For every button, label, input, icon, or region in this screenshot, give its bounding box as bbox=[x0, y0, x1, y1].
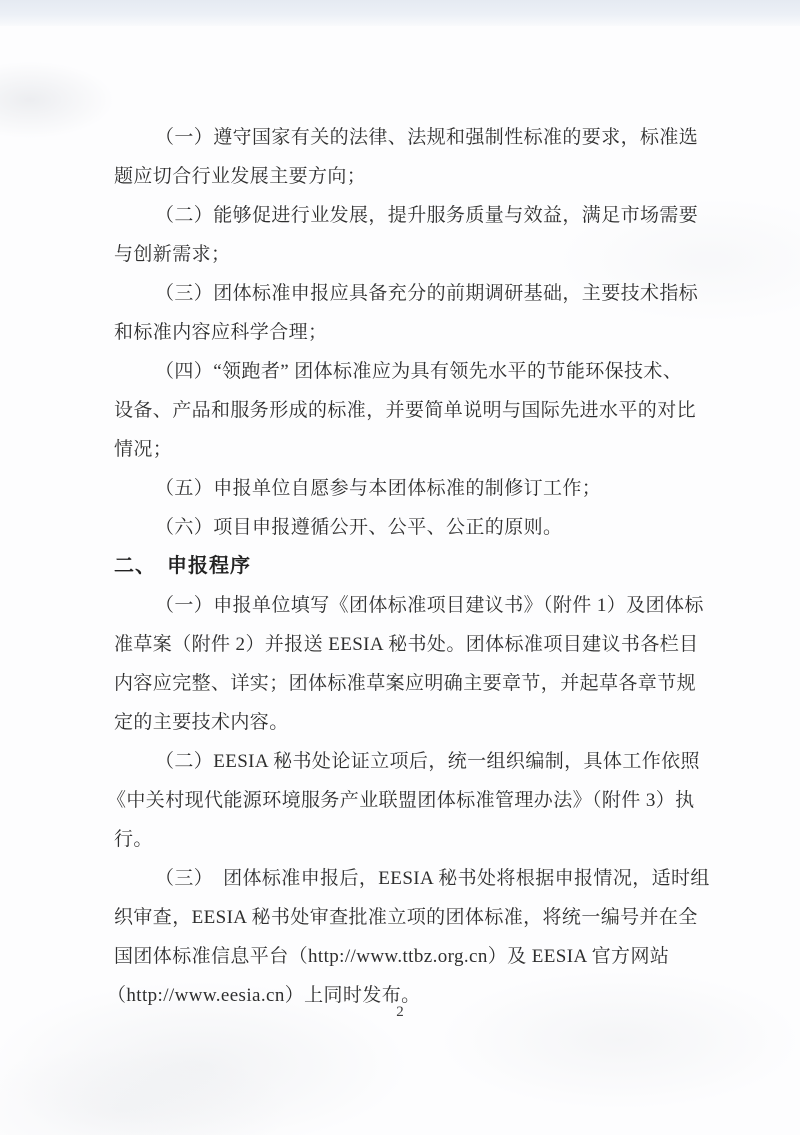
text-line: 行。 bbox=[114, 820, 724, 859]
scan-edge-artifact bbox=[0, 0, 800, 26]
text-line: 与创新需求； bbox=[114, 235, 724, 274]
text-line: 国团体标准信息平台（http://www.ttbz.org.cn）及 EESIA… bbox=[114, 937, 724, 976]
text-line: （三）团体标准申报应具备充分的前期调研基础，主要技术指标 bbox=[114, 274, 724, 313]
document-page: （一）遵守国家有关的法律、法规和强制性标准的要求，标准选题应切合行业发展主要方向… bbox=[0, 0, 800, 1135]
text-line: （六）项目申报遵循公开、公平、公正的原则。 bbox=[114, 508, 724, 547]
page-number: 2 bbox=[0, 1000, 800, 1024]
text-line: （二）能够促进行业发展，提升服务质量与效益，满足市场需要 bbox=[114, 196, 724, 235]
text-line: 题应切合行业发展主要方向； bbox=[114, 157, 724, 196]
text-line: （二）EESIA 秘书处论证立项后，统一组织编制，具体工作依照 bbox=[114, 742, 724, 781]
text-line: （一）遵守国家有关的法律、法规和强制性标准的要求，标准选 bbox=[114, 118, 724, 157]
text-line: 织审查，EESIA 秘书处审查批准立项的团体标准，将统一编号并在全 bbox=[114, 898, 724, 937]
text-line: 和标准内容应科学合理； bbox=[114, 313, 724, 352]
text-line: 内容应完整、详实；团体标准草案应明确主要章节，并起草各章节规 bbox=[114, 664, 724, 703]
text-line: （五）申报单位自愿参与本团体标准的制修订工作； bbox=[114, 469, 724, 508]
text-line: 定的主要技术内容。 bbox=[114, 703, 724, 742]
text-line: 《中关村现代能源环境服务产业联盟团体标准管理办法》（附件 3）执 bbox=[107, 781, 724, 820]
document-body: （一）遵守国家有关的法律、法规和强制性标准的要求，标准选题应切合行业发展主要方向… bbox=[114, 118, 724, 1015]
text-line: 情况； bbox=[114, 430, 724, 469]
text-line: （四）“领跑者” 团体标准应为具有领先水平的节能环保技术、 bbox=[114, 352, 724, 391]
text-line: 准草案（附件 2）并报送 EESIA 秘书处。团体标准项目建议书各栏目 bbox=[114, 625, 724, 664]
text-line: （一）申报单位填写《团体标准项目建议书》（附件 1）及团体标 bbox=[114, 586, 724, 625]
text-line: 设备、产品和服务形成的标准，并要简单说明与国际先进水平的对比 bbox=[114, 391, 724, 430]
text-line: （三） 团体标准申报后，EESIA 秘书处将根据申报情况，适时组 bbox=[114, 859, 724, 898]
section-heading: 二、 申报程序 bbox=[114, 547, 724, 586]
